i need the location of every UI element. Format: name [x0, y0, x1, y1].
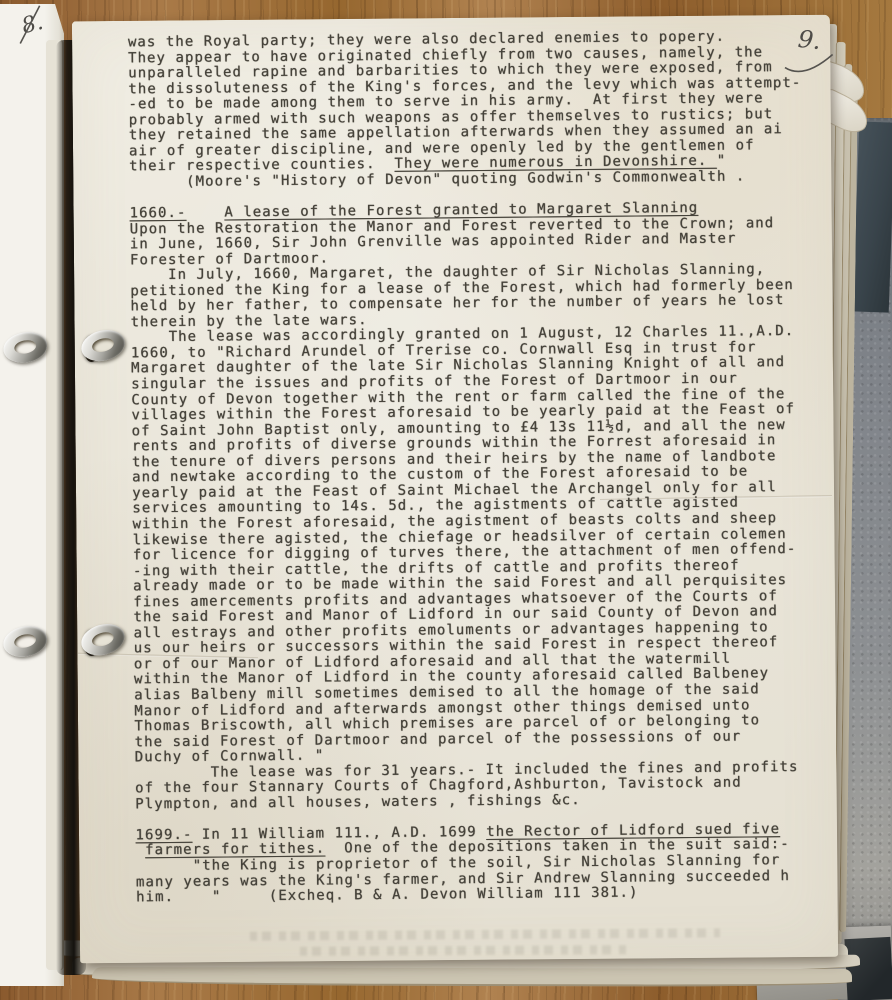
photograph-of-typed-page: { "scene": { "wood_color": "#9a6a3c", "b…	[0, 0, 892, 1000]
typed-text: was the Royal party; they were also decl…	[128, 29, 836, 906]
pen-flourish-mark	[782, 44, 839, 85]
bleed-through-text	[300, 945, 630, 956]
handwritten-page-number-right: 9.	[797, 25, 823, 55]
handwritten-page-number-left: 8.	[19, 10, 45, 39]
binder-dark-edge-top	[853, 121, 892, 312]
binder-dark-corner	[844, 937, 892, 1000]
